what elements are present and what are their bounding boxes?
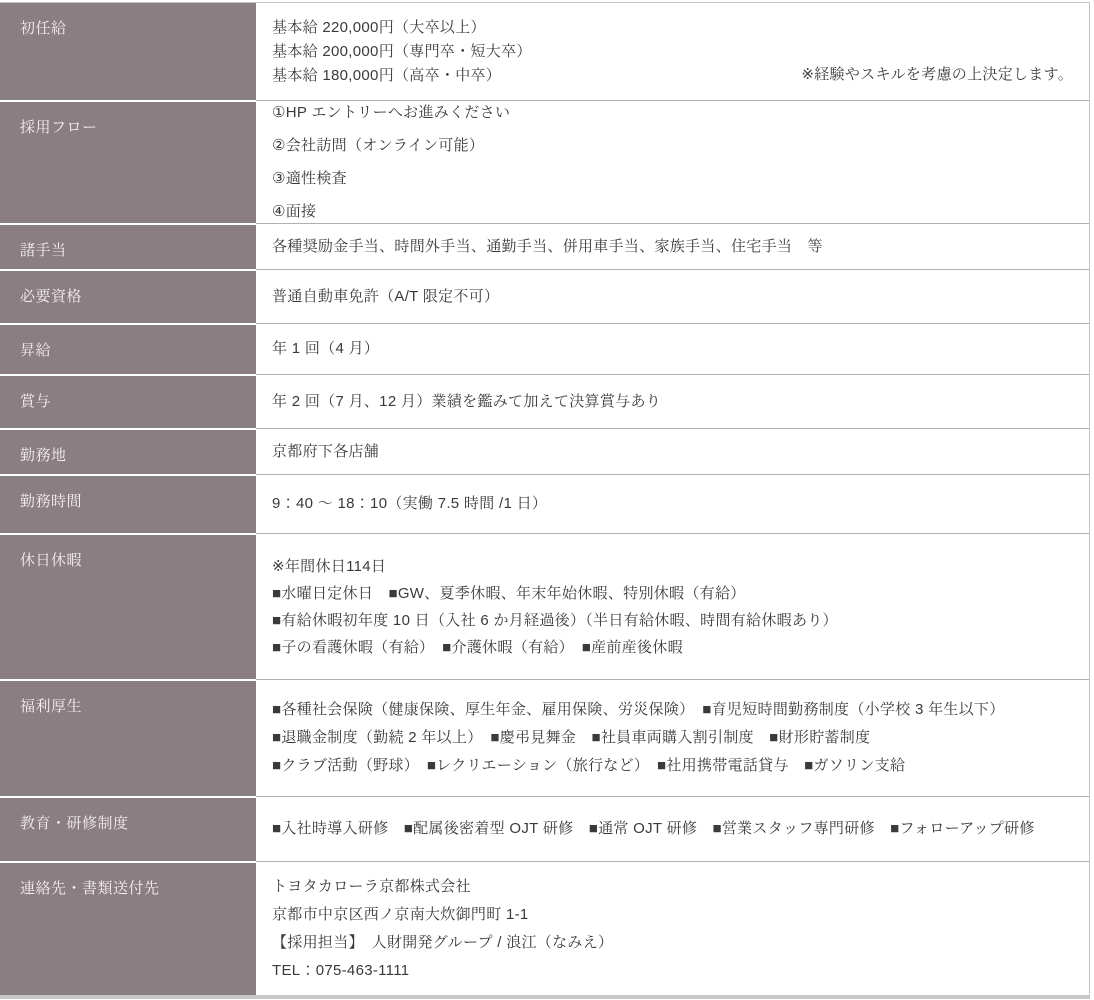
row-content: 9：40 ～ 18：10（実働 7.5 時間 /1 日） [256,474,1089,533]
content-line: ■各種社会保険（健康保険、厚生年金、雇用保険、労災保険） ■育児短時間勤務制度（… [272,696,1071,724]
content-line: ■水曜日定休日 ■GW、夏季休暇、年末年始休暇、特別休暇（有給） [272,580,1071,607]
table-row: 採用フロー ①HP エントリーへお進みください②会社訪問（オンライン可能）③適性… [0,100,1089,223]
row-content: ■入社時導入研修 ■配属後密着型 OJT 研修 ■通常 OJT 研修 ■営業スタ… [256,796,1089,861]
row-content: トヨタカローラ京都株式会社京都市中京区西ノ京南大炊御門町 1-1【採用担当】 人… [256,861,1089,995]
content-line: 基本給 220,000円（大卒以上） [272,16,1071,40]
row-content: 基本給 220,000円（大卒以上）基本給 200,000円（専門卒・短大卒）基… [256,3,1089,100]
row-content: 年 1 回（4 月） [256,323,1089,374]
content-line: 年 2 回（7 月、12 月）業績を鑑みて加えて決算賞与あり [272,388,1071,416]
table-row: 昇給 年 1 回（4 月） [0,323,1089,374]
content-line: トヨタカローラ京都株式会社 [272,873,1071,901]
row-content: ※年間休日114日■水曜日定休日 ■GW、夏季休暇、年末年始休暇、特別休暇（有給… [256,533,1089,679]
content-line: 京都市中京区西ノ京南大炊御門町 1-1 [272,901,1071,929]
row-header-label: 連絡先・書類送付先 [0,861,256,995]
row-header-label: 勤務地 [0,428,256,474]
table-row: 連絡先・書類送付先 トヨタカローラ京都株式会社京都市中京区西ノ京南大炊御門町 1… [0,861,1089,995]
table-row: 賞与 年 2 回（7 月、12 月）業績を鑑みて加えて決算賞与あり [0,374,1089,428]
row-content: ■各種社会保険（健康保険、厚生年金、雇用保険、労災保険） ■育児短時間勤務制度（… [256,679,1089,796]
row-content: 普通自動車免許（A/T 限定不可） [256,269,1089,323]
row-header-label: 休日休暇 [0,533,256,679]
content-line: 9：40 ～ 18：10（実働 7.5 時間 /1 日） [272,490,1071,518]
row-header-label: 採用フロー [0,100,256,223]
table-row: 諸手当 各種奨励金手当、時間外手当、通勤手当、併用車手当、家族手当、住宅手当 等 [0,223,1089,269]
row-header-label: 必要資格 [0,269,256,323]
job-info-table: 初任給 基本給 220,000円（大卒以上）基本給 200,000円（専門卒・短… [0,2,1090,999]
content-line: ※年間休日114日 [272,553,1071,580]
content-line: 京都府下各店舗 [272,438,1071,466]
content-line: ①HP エントリーへお進みください [272,96,1071,129]
row-header-label: 勤務時間 [0,474,256,533]
row-header-label: 教育・研修制度 [0,796,256,861]
table-row: 休日休暇 ※年間休日114日■水曜日定休日 ■GW、夏季休暇、年末年始休暇、特別… [0,533,1089,679]
content-line: ■有給休暇初年度 10 日（入社 6 か月経過後）（半日有給休暇、時間有給休暇あ… [272,607,1071,634]
row-content: ①HP エントリーへお進みください②会社訪問（オンライン可能）③適性検査④面接 [256,100,1089,223]
content-line: ■子の看護休暇（有給） ■介護休暇（有給） ■産前産後休暇 [272,634,1071,661]
row-content: 年 2 回（7 月、12 月）業績を鑑みて加えて決算賞与あり [256,374,1089,428]
content-line: 各種奨励金手当、時間外手当、通勤手当、併用車手当、家族手当、住宅手当 等 [272,233,1071,261]
row-header-label: 初任給 [0,3,256,100]
table-bottom-border [0,995,1089,999]
content-line: TEL：075-463-1111 [272,957,1071,985]
content-line: ■退職金制度（勤続 2 年以上） ■慶弔見舞金 ■社員車両購入割引制度 ■財形貯… [272,724,1071,752]
table-row: 必要資格 普通自動車免許（A/T 限定不可） [0,269,1089,323]
table-row: 初任給 基本給 220,000円（大卒以上）基本給 200,000円（専門卒・短… [0,3,1089,100]
table-rows: 初任給 基本給 220,000円（大卒以上）基本給 200,000円（専門卒・短… [0,3,1089,995]
row-content: 京都府下各店舗 [256,428,1089,474]
table-row: 教育・研修制度 ■入社時導入研修 ■配属後密着型 OJT 研修 ■通常 OJT … [0,796,1089,861]
salary-note: ※経験やスキルを考慮の上決定します。 [801,63,1073,87]
content-line: 普通自動車免許（A/T 限定不可） [272,283,1071,311]
row-header-label: 諸手当 [0,223,256,269]
content-line: ■入社時導入研修 ■配属後密着型 OJT 研修 ■通常 OJT 研修 ■営業スタ… [272,815,1071,843]
row-header-label: 賞与 [0,374,256,428]
content-line: 基本給 200,000円（専門卒・短大卒） [272,40,1071,64]
content-line: ②会社訪問（オンライン可能） [272,129,1071,162]
content-line: ■クラブ活動（野球） ■レクリエーション（旅行など） ■社用携帯電話貸与 ■ガソ… [272,752,1071,780]
table-row: 勤務時間 9：40 ～ 18：10（実働 7.5 時間 /1 日） [0,474,1089,533]
table-row: 福利厚生 ■各種社会保険（健康保険、厚生年金、雇用保険、労災保険） ■育児短時間… [0,679,1089,796]
content-line: 年 1 回（4 月） [272,335,1071,363]
row-header-label: 昇給 [0,323,256,374]
row-content: 各種奨励金手当、時間外手当、通勤手当、併用車手当、家族手当、住宅手当 等 [256,223,1089,269]
table-row: 勤務地 京都府下各店舗 [0,428,1089,474]
row-header-label: 福利厚生 [0,679,256,796]
content-line: 【採用担当】 人財開発グループ / 浪江（なみえ） [272,929,1071,957]
job-posting-page: 初任給 基本給 220,000円（大卒以上）基本給 200,000円（専門卒・短… [0,0,1094,1000]
content-line: ③適性検査 [272,162,1071,195]
